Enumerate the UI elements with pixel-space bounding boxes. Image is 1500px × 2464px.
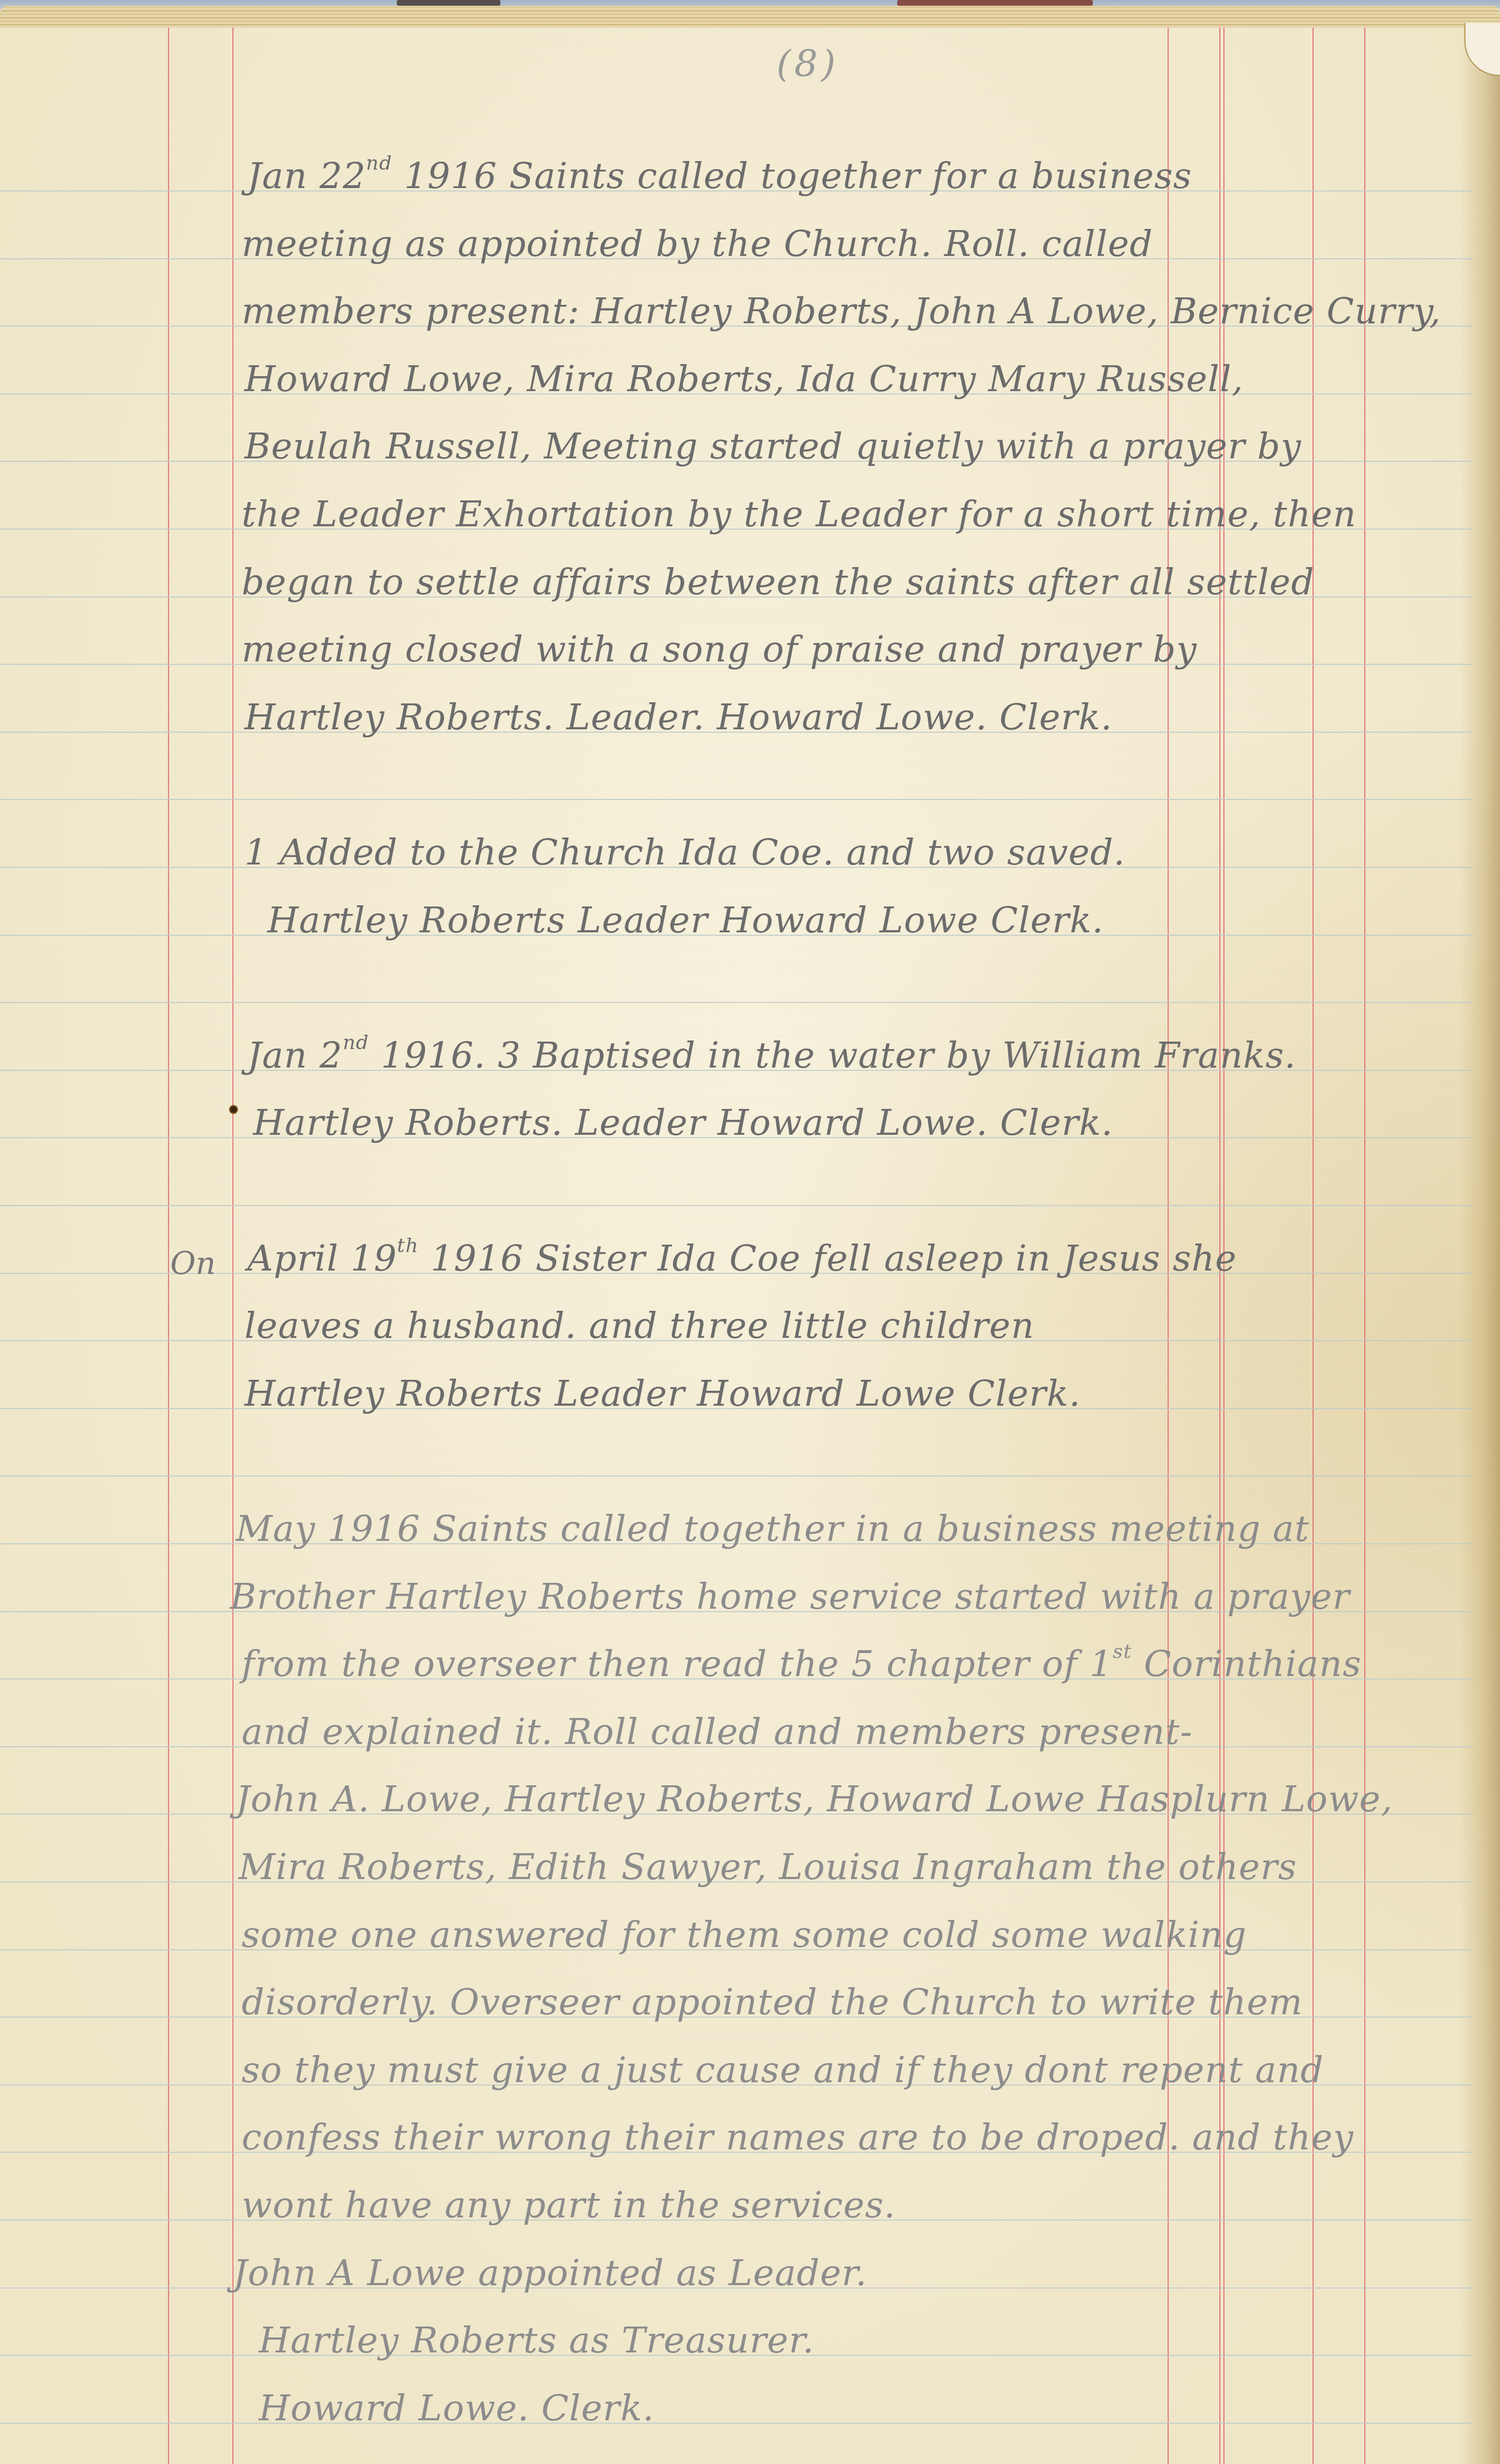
handwritten-line: and explained it. Roll called and member… (242, 1714, 1193, 1750)
line-text: Jan 22 (247, 155, 366, 197)
margin-note: On (170, 1245, 216, 1281)
line-text: members present: Hartley Roberts, John A… (242, 290, 1441, 332)
line-text: Hartley Roberts. Leader. Howard Lowe. Cl… (244, 696, 1112, 738)
line-text: Hartley Roberts Leader Howard Lowe Clerk… (267, 899, 1104, 941)
line-text: from the overseer then read the 5 chapte… (242, 1643, 1113, 1685)
handwritten-line: so they must give a just cause and if th… (242, 2052, 1324, 2088)
handwritten-line: from the overseer then read the 5 chapte… (242, 1646, 1361, 1682)
handwritten-line: May 1916 Saints called together in a bus… (236, 1511, 1310, 1547)
handwritten-line: Hartley Roberts Leader Howard Lowe Clerk… (244, 1376, 1081, 1411)
line-text: Beulah Russell, Meeting started quietly … (244, 425, 1302, 467)
handwritten-line: Hartley Roberts. Leader. Howard Lowe. Cl… (244, 699, 1112, 735)
handwritten-line: leaves a husband. and three little child… (244, 1308, 1035, 1344)
rule-line (0, 1475, 1472, 1476)
handwritten-line: Jan 22nd 1916 Saints called together for… (247, 158, 1192, 194)
handwritten-line: confess their wrong their names are to b… (242, 2119, 1354, 2155)
handwritten-line: meeting closed with a song of praise and… (242, 632, 1197, 667)
handwritten-line: Howard Lowe, Mira Roberts, Ida Curry Mar… (244, 361, 1243, 397)
line-text: April 19 (247, 1237, 397, 1279)
line-text: leaves a husband. and three little child… (244, 1304, 1035, 1346)
line-text: Jan 2 (247, 1034, 343, 1076)
handwritten-line: meeting as appointed by the Church. Roll… (242, 226, 1153, 262)
handwritten-line: some one answered for them some cold som… (242, 1917, 1247, 1953)
line-text: Hartley Roberts Leader Howard Lowe Clerk… (244, 1372, 1081, 1414)
ordinal-suffix: st (1113, 1640, 1132, 1663)
handwritten-line: John A. Lowe, Hartley Roberts, Howard Lo… (236, 1781, 1393, 1817)
handwritten-line: 1 Added to the Church Ida Coe. and two s… (244, 835, 1126, 870)
handwritten-line: John A Lowe appointed as Leader. (233, 2255, 867, 2291)
handwritten-line: Brother Hartley Roberts home service sta… (230, 1579, 1350, 1614)
background-object (897, 0, 1093, 6)
ordinal-suffix: th (397, 1234, 419, 1257)
line-text: began to settle affairs between the sain… (242, 561, 1314, 603)
line-text: wont have any part in the services. (242, 2184, 896, 2226)
handwritten-line: Beulah Russell, Meeting started quietly … (244, 428, 1302, 464)
line-text: so they must give a just cause and if th… (242, 2049, 1324, 2091)
handwritten-line: began to settle affairs between the sain… (242, 564, 1314, 600)
handwritten-line: Hartley Roberts Leader Howard Lowe Clerk… (267, 902, 1104, 938)
punch-hole (229, 1105, 238, 1114)
rule-line (0, 799, 1472, 800)
ordinal-suffix: nd (366, 152, 392, 175)
rule-line (0, 1205, 1472, 1206)
line-text: confess their wrong their names are to b… (242, 2116, 1354, 2158)
line-text: disorderly. Overseer appointed the Churc… (242, 1981, 1303, 2023)
line-text: Howard Lowe, Mira Roberts, Ida Curry Mar… (244, 358, 1243, 400)
handwritten-line: members present: Hartley Roberts, John A… (242, 293, 1441, 329)
handwritten-line: disorderly. Overseer appointed the Churc… (242, 1984, 1303, 2020)
line-text: meeting as appointed by the Church. Roll… (242, 223, 1153, 265)
line-text: May 1916 Saints called together in a bus… (236, 1508, 1310, 1549)
line-text: the Leader Exhortation by the Leader for… (242, 493, 1356, 535)
line-text: Mira Roberts, Edith Sawyer, Louisa Ingra… (239, 1846, 1297, 1888)
rule-line (0, 1002, 1472, 1003)
background-object (397, 0, 500, 6)
line-text-continued: 1916. 3 Baptised in the water by William… (369, 1034, 1296, 1076)
handwritten-line: the Leader Exhortation by the Leader for… (242, 496, 1356, 532)
line-text: meeting closed with a song of praise and… (242, 628, 1197, 670)
page-number: (8) (776, 43, 839, 86)
handwritten-line: April 19th 1916 Sister Ida Coe fell asle… (247, 1241, 1237, 1276)
handwritten-line: Jan 2nd 1916. 3 Baptised in the water by… (247, 1038, 1296, 1073)
line-text-continued: 1916 Sister Ida Coe fell asleep in Jesus… (419, 1237, 1237, 1279)
line-text: Howard Lowe. Clerk. (259, 2387, 655, 2429)
handwritten-line: Hartley Roberts as Treasurer. (259, 2323, 814, 2358)
line-text: Brother Hartley Roberts home service sta… (230, 1575, 1350, 1617)
line-text: John A. Lowe, Hartley Roberts, Howard Lo… (236, 1778, 1393, 1820)
line-text: Hartley Roberts. Leader Howard Lowe. Cle… (253, 1101, 1113, 1143)
ordinal-suffix: nd (343, 1031, 369, 1054)
line-text: 1 Added to the Church Ida Coe. and two s… (244, 831, 1126, 873)
line-text: and explained it. Roll called and member… (242, 1711, 1193, 1753)
book-page-edges (0, 6, 1500, 30)
line-text: John A Lowe appointed as Leader. (233, 2252, 867, 2294)
handwritten-line: Hartley Roberts. Leader Howard Lowe. Cle… (253, 1105, 1113, 1141)
line-text-continued: 1916 Saints called together for a busine… (392, 155, 1192, 197)
handwritten-line: Howard Lowe. Clerk. (259, 2390, 655, 2426)
line-text: Hartley Roberts as Treasurer. (259, 2319, 814, 2361)
line-text-continued: Corinthians (1132, 1643, 1361, 1685)
line-text: some one answered for them some cold som… (242, 1914, 1247, 1956)
handwritten-line: wont have any part in the services. (242, 2187, 896, 2223)
handwritten-line: Mira Roberts, Edith Sawyer, Louisa Ingra… (239, 1849, 1297, 1885)
rule-line (0, 2423, 1472, 2424)
